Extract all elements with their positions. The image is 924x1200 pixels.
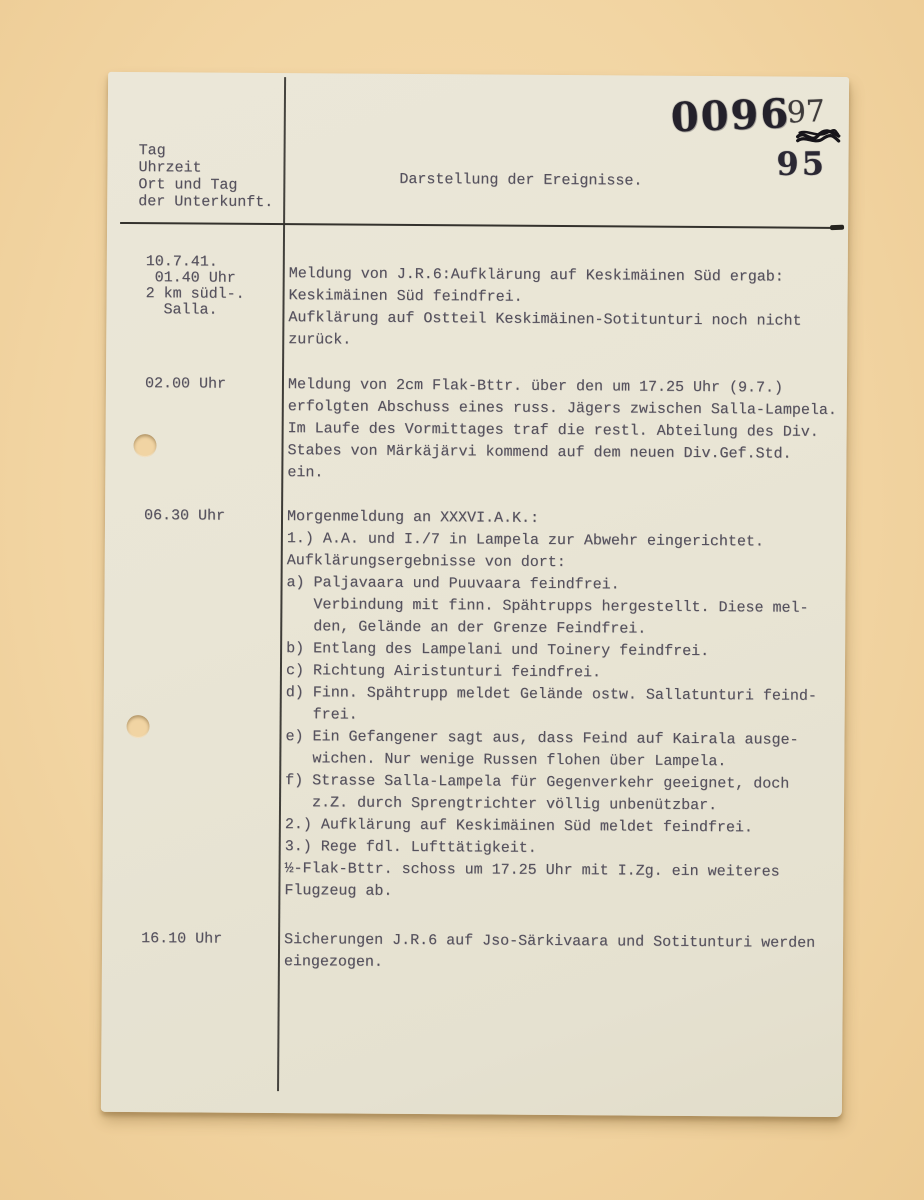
punch-hole-bottom <box>126 715 149 738</box>
entry-time-1: 10.7.41. 01.40 Uhr2 km südl-. Salla. <box>145 254 244 319</box>
document-page: TagUhrzeitOrt und Tagder Unterkunft. Dar… <box>101 72 849 1117</box>
serial-number-stamp: 0096 <box>670 90 791 141</box>
entry-body-4: Sicherungen J.R.6 auf Jso-Särkivaara und… <box>284 929 815 977</box>
entry-time-4: 16.10 Uhr <box>141 928 222 951</box>
entry-time-3: 06.30 Uhr <box>144 505 225 528</box>
text-line: ein. <box>287 462 836 488</box>
entry-body-3: Morgenmeldung an XXXVI.A.K.:1.) A.A. und… <box>284 506 818 906</box>
text-line: Ort und Tag <box>138 176 273 194</box>
text-line: d) Finn. Spähtrupp meldet Gelände ostw. … <box>286 682 817 708</box>
text-line: der Unterkunft. <box>138 193 273 211</box>
text-line: Salla. <box>145 302 244 319</box>
text-line: 16.10 Uhr <box>141 928 222 951</box>
text-line: Tag <box>139 142 274 160</box>
page-title: Darstellung der Ereignisse. <box>399 171 642 190</box>
punch-hole-top <box>133 434 156 457</box>
page-number-stamp: 95 <box>776 144 827 183</box>
entry-body-1: Meldung von J.R.6:Aufklärung auf Keskimä… <box>288 263 802 355</box>
header-rule-line <box>120 222 842 229</box>
text-line: eingezogen. <box>284 951 815 977</box>
text-line: 06.30 Uhr <box>144 505 225 528</box>
text-line: Flugzeug ab. <box>284 880 815 906</box>
left-column-header: TagUhrzeitOrt und Tagder Unterkunft. <box>138 142 274 211</box>
text-line: Uhrzeit <box>138 159 273 177</box>
text-line: 02.00 Uhr <box>145 373 226 396</box>
text-line: zurück. <box>288 329 801 355</box>
text-line: Stabes von Märkäjärvi kommend auf dem ne… <box>287 440 836 466</box>
text-line: Aufklärung auf Ostteil Keskimäinen-Sotit… <box>288 307 801 333</box>
pencil-page-number: 97 <box>786 94 826 131</box>
entry-time-2: 02.00 Uhr <box>145 373 226 396</box>
scan-background: { "stamps": { "serial": "0096", "pencil_… <box>0 0 924 1200</box>
entry-body-2: Meldung von 2cm Flak-Bttr. über den um 1… <box>287 374 837 488</box>
